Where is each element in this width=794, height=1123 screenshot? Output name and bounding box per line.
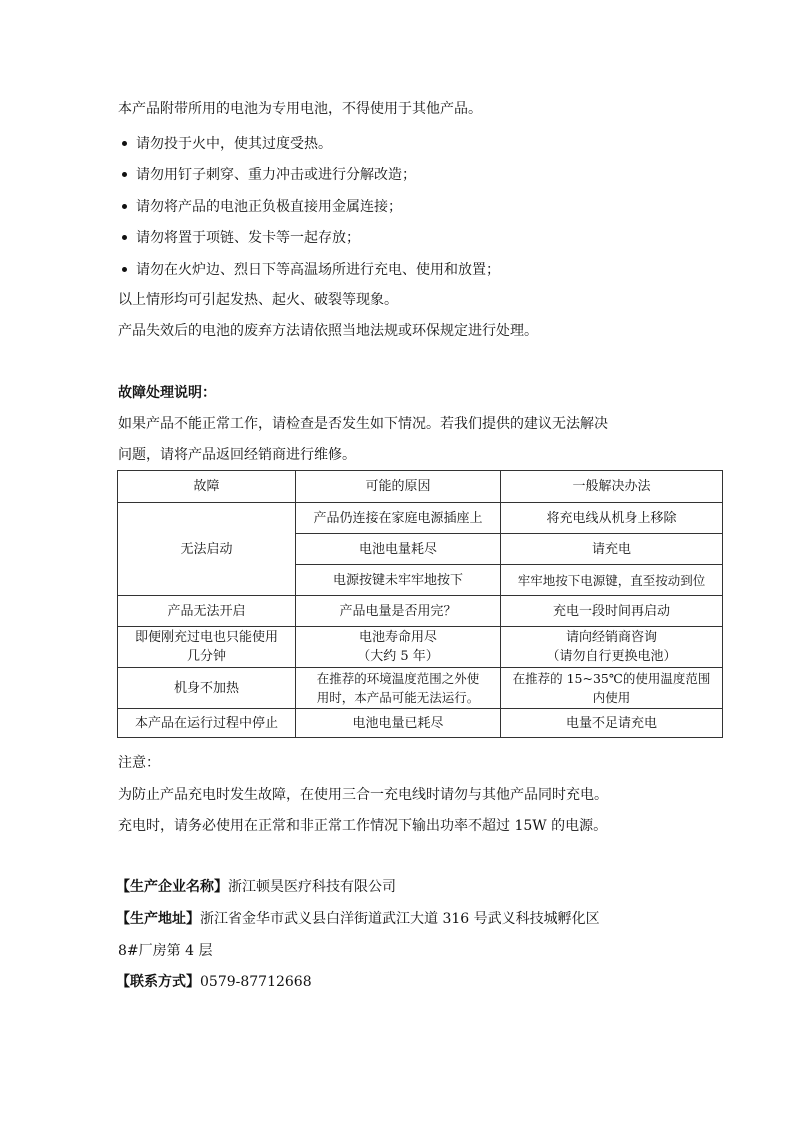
table-row: 机身不加热 在推荐的环境温度范围之外使 用时，本产品可能无法运行。 在推荐的 1… — [118, 668, 723, 709]
manufacturer-contact-value: 0579-87712668 — [200, 974, 312, 990]
troubleshooting-table: 故障 可能的原因 一般解决办法 无法启动 产品仍连接在家庭电源插座上 将充电线从… — [117, 470, 723, 738]
table-row: 本产品在运行过程中停止 电池电量已耗尽 电量不足请充电 — [118, 709, 723, 738]
manufacturer-contact-label: 【联系方式】 — [116, 974, 200, 990]
warning-item: 请勿将产品的电池正负极直接用金属连接； — [122, 198, 402, 216]
fault-cell: 无法启动 — [118, 503, 296, 596]
solution-cell: 请充电 — [501, 534, 723, 565]
manufacturer-address: 【生产地址】浙江省金华市武义县白洋街道武江大道 316 号武义科技城孵化区 — [116, 910, 600, 928]
table-row: 无法启动 产品仍连接在家庭电源插座上 将充电线从机身上移除 — [118, 503, 723, 534]
solution-cell: 充电一段时间再启动 — [501, 596, 723, 627]
table-row: 产品无法开启 产品电量是否用完？ 充电一段时间再启动 — [118, 596, 723, 627]
consequence-text: 以上情形均可引起发热、起火、破裂等现象。 — [118, 291, 398, 309]
manufacturer-address-label: 【生产地址】 — [116, 911, 200, 927]
manufacturer-name-value: 浙江顿昊医疗科技有限公司 — [228, 879, 396, 895]
manufacturer-name-label: 【生产企业名称】 — [116, 879, 228, 895]
cause-cell: 电池电量已耗尽 — [296, 709, 501, 738]
header-solution: 一般解决办法 — [501, 471, 723, 503]
fault-cell: 即便刚充过电也只能使用 几分钟 — [118, 627, 296, 668]
manufacturer-name: 【生产企业名称】浙江顿昊医疗科技有限公司 — [116, 878, 396, 896]
bullet-icon — [122, 267, 127, 272]
warning-item: 请勿将置于项链、发卡等一起存放； — [122, 229, 360, 247]
troubleshooting-intro-line2: 问题，请将产品返回经销商进行维修。 — [118, 446, 356, 464]
fault-cell: 产品无法开启 — [118, 596, 296, 627]
manufacturer-contact: 【联系方式】0579-87712668 — [116, 973, 312, 991]
cause-cell: 产品仍连接在家庭电源插座上 — [296, 503, 501, 534]
notes-title: 注意： — [118, 754, 160, 772]
troubleshooting-intro-line1: 如果产品不能正常工作，请检查是否发生如下情况。若我们提供的建议无法解决 — [118, 415, 608, 433]
solution-cell: 将充电线从机身上移除 — [501, 503, 723, 534]
warning-item: 请勿在火炉边、烈日下等高温场所进行充电、使用和放置； — [122, 261, 500, 279]
warning-item: 请勿投于火中，使其过度受热。 — [122, 135, 332, 153]
table-row: 即便刚充过电也只能使用 几分钟 电池寿命用尽 （大约 5 年） 请向经销商咨询 … — [118, 627, 723, 668]
manufacturer-address-value: 浙江省金华市武义县白洋街道武江大道 316 号武义科技城孵化区 — [200, 911, 600, 927]
bullet-icon — [122, 235, 127, 240]
notes-line2: 充电时，请务必使用在正常和非正常工作情况下输出功率不超过 15W 的电源。 — [118, 817, 607, 835]
cause-cell: 产品电量是否用完？ — [296, 596, 501, 627]
header-cause: 可能的原因 — [296, 471, 501, 503]
cause-cell: 在推荐的环境温度范围之外使 用时，本产品可能无法运行。 — [296, 668, 501, 709]
manufacturer-address-line2: 8#厂房第 4 层 — [118, 942, 212, 960]
solution-cell: 电量不足请充电 — [501, 709, 723, 738]
fault-cell: 机身不加热 — [118, 668, 296, 709]
bullet-icon — [122, 204, 127, 209]
solution-cell: 请向经销商咨询 （请勿自行更换电池） — [501, 627, 723, 668]
troubleshooting-title: 故障处理说明： — [118, 384, 216, 402]
bullet-icon — [122, 141, 127, 146]
bullet-icon — [122, 172, 127, 177]
disposal-text: 产品失效后的电池的废弃方法请依照当地法规或环保规定进行处理。 — [118, 322, 538, 340]
header-fault: 故障 — [118, 471, 296, 503]
cause-cell: 电池寿命用尽 （大约 5 年） — [296, 627, 501, 668]
battery-intro: 本产品附带所用的电池为专用电池，不得使用于其他产品。 — [118, 100, 482, 118]
notes-line1: 为防止产品充电时发生故障，在使用三合一充电线时请勿与其他产品同时充电。 — [118, 786, 608, 804]
warning-item: 请勿用钉子刺穿、重力冲击或进行分解改造； — [122, 166, 416, 184]
fault-cell: 本产品在运行过程中停止 — [118, 709, 296, 738]
table-header-row: 故障 可能的原因 一般解决办法 — [118, 471, 723, 503]
solution-cell: 在推荐的 15~35℃的使用温度范围 内使用 — [501, 668, 723, 709]
solution-cell: 牢牢地按下电源键，直至按动到位 — [501, 565, 723, 596]
document-page: 本产品附带所用的电池为专用电池，不得使用于其他产品。 请勿投于火中，使其过度受热… — [0, 0, 794, 1123]
cause-cell: 电源按键未牢牢地按下 — [296, 565, 501, 596]
cause-cell: 电池电量耗尽 — [296, 534, 501, 565]
